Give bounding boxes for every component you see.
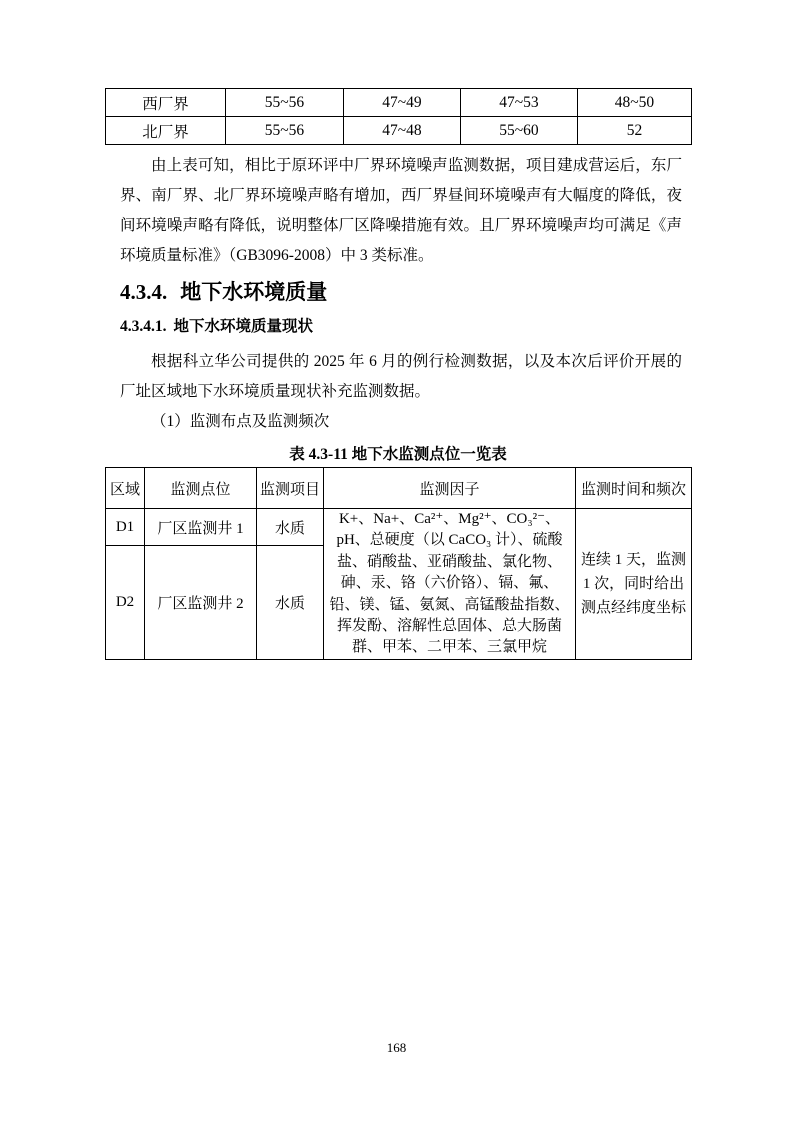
noise-value: 48~50 <box>578 89 692 117</box>
column-header-frequency: 监测时间和频次 <box>576 468 692 509</box>
noise-value: 47~49 <box>344 89 461 117</box>
page-number: 168 <box>0 1040 793 1056</box>
noise-value: 52 <box>578 117 692 145</box>
section-heading: 4.3.4.地下水环境质量 <box>120 277 793 307</box>
item-cell: 水质 <box>257 546 324 660</box>
noise-row-label: 北厂界 <box>106 117 226 145</box>
groundwater-monitor-table: 区域 监测点位 监测项目 监测因子 监测时间和频次 D1 厂区监测井 1 水质 … <box>105 467 692 660</box>
list-item-monitoring-points: （1）监测布点及监测频次 <box>120 407 793 437</box>
frequency-cell: 连续 1 天，监测 1 次，同时给出测点经纬度坐标 <box>576 509 692 660</box>
noise-row-label: 西厂界 <box>106 89 226 117</box>
noise-value: 47~53 <box>461 89 578 117</box>
point-cell: 厂区监测井 2 <box>145 546 257 660</box>
subsection-heading: 4.3.4.1.地下水环境质量现状 <box>120 315 793 339</box>
noise-table: 西厂界 55~56 47~49 47~53 48~50 北厂界 55~56 47… <box>105 88 692 145</box>
section-heading-title: 地下水环境质量 <box>180 280 327 304</box>
noise-table-row-west: 西厂界 55~56 47~49 47~53 48~50 <box>106 89 692 117</box>
section-heading-number: 4.3.4. <box>120 280 167 304</box>
subsection-heading-title: 地下水环境质量现状 <box>174 318 314 335</box>
column-header-factors: 监测因子 <box>324 468 576 509</box>
noise-value: 55~60 <box>461 117 578 145</box>
area-cell: D1 <box>106 509 145 546</box>
monitor-table-header-row: 区域 监测点位 监测项目 监测因子 监测时间和频次 <box>106 468 692 509</box>
column-header-item: 监测项目 <box>257 468 324 509</box>
monitor-table-row-d1: D1 厂区监测井 1 水质 K+、Na+、Ca²⁺、Mg²⁺、CO₃²⁻、pH、… <box>106 509 692 546</box>
noise-value: 55~56 <box>226 117 344 145</box>
item-cell: 水质 <box>257 509 324 546</box>
paragraph-groundwater-intro: 根据科立华公司提供的 2025 年 6 月的例行检测数据，以及本次后评价开展的厂… <box>120 347 682 407</box>
noise-value: 55~56 <box>226 89 344 117</box>
paragraph-noise-analysis: 由上表可知，相比于原环评中厂界环境噪声监测数据，项目建成营运后，东厂界、南厂界、… <box>120 151 682 271</box>
noise-value: 47~48 <box>344 117 461 145</box>
factors-cell: K+、Na+、Ca²⁺、Mg²⁺、CO₃²⁻、pH、总硬度（以 CaCO₃ 计）… <box>324 509 576 660</box>
point-cell: 厂区监测井 1 <box>145 509 257 546</box>
column-header-point: 监测点位 <box>145 468 257 509</box>
column-header-area: 区域 <box>106 468 145 509</box>
document-page: 西厂界 55~56 47~49 47~53 48~50 北厂界 55~56 47… <box>0 0 793 1122</box>
text-block: 根据科立华公司提供的 2025 年 6 月的例行检测数据，以及本次后评价开展的厂… <box>120 347 682 407</box>
area-cell: D2 <box>106 546 145 660</box>
text-block: 由上表可知，相比于原环评中厂界环境噪声监测数据，项目建成营运后，东厂界、南厂界、… <box>120 151 682 271</box>
subsection-heading-number: 4.3.4.1. <box>120 318 167 335</box>
noise-table-row-north: 北厂界 55~56 47~48 55~60 52 <box>106 117 692 145</box>
monitor-table-caption: 表 4.3-11 地下水监测点位一览表 <box>105 444 691 465</box>
